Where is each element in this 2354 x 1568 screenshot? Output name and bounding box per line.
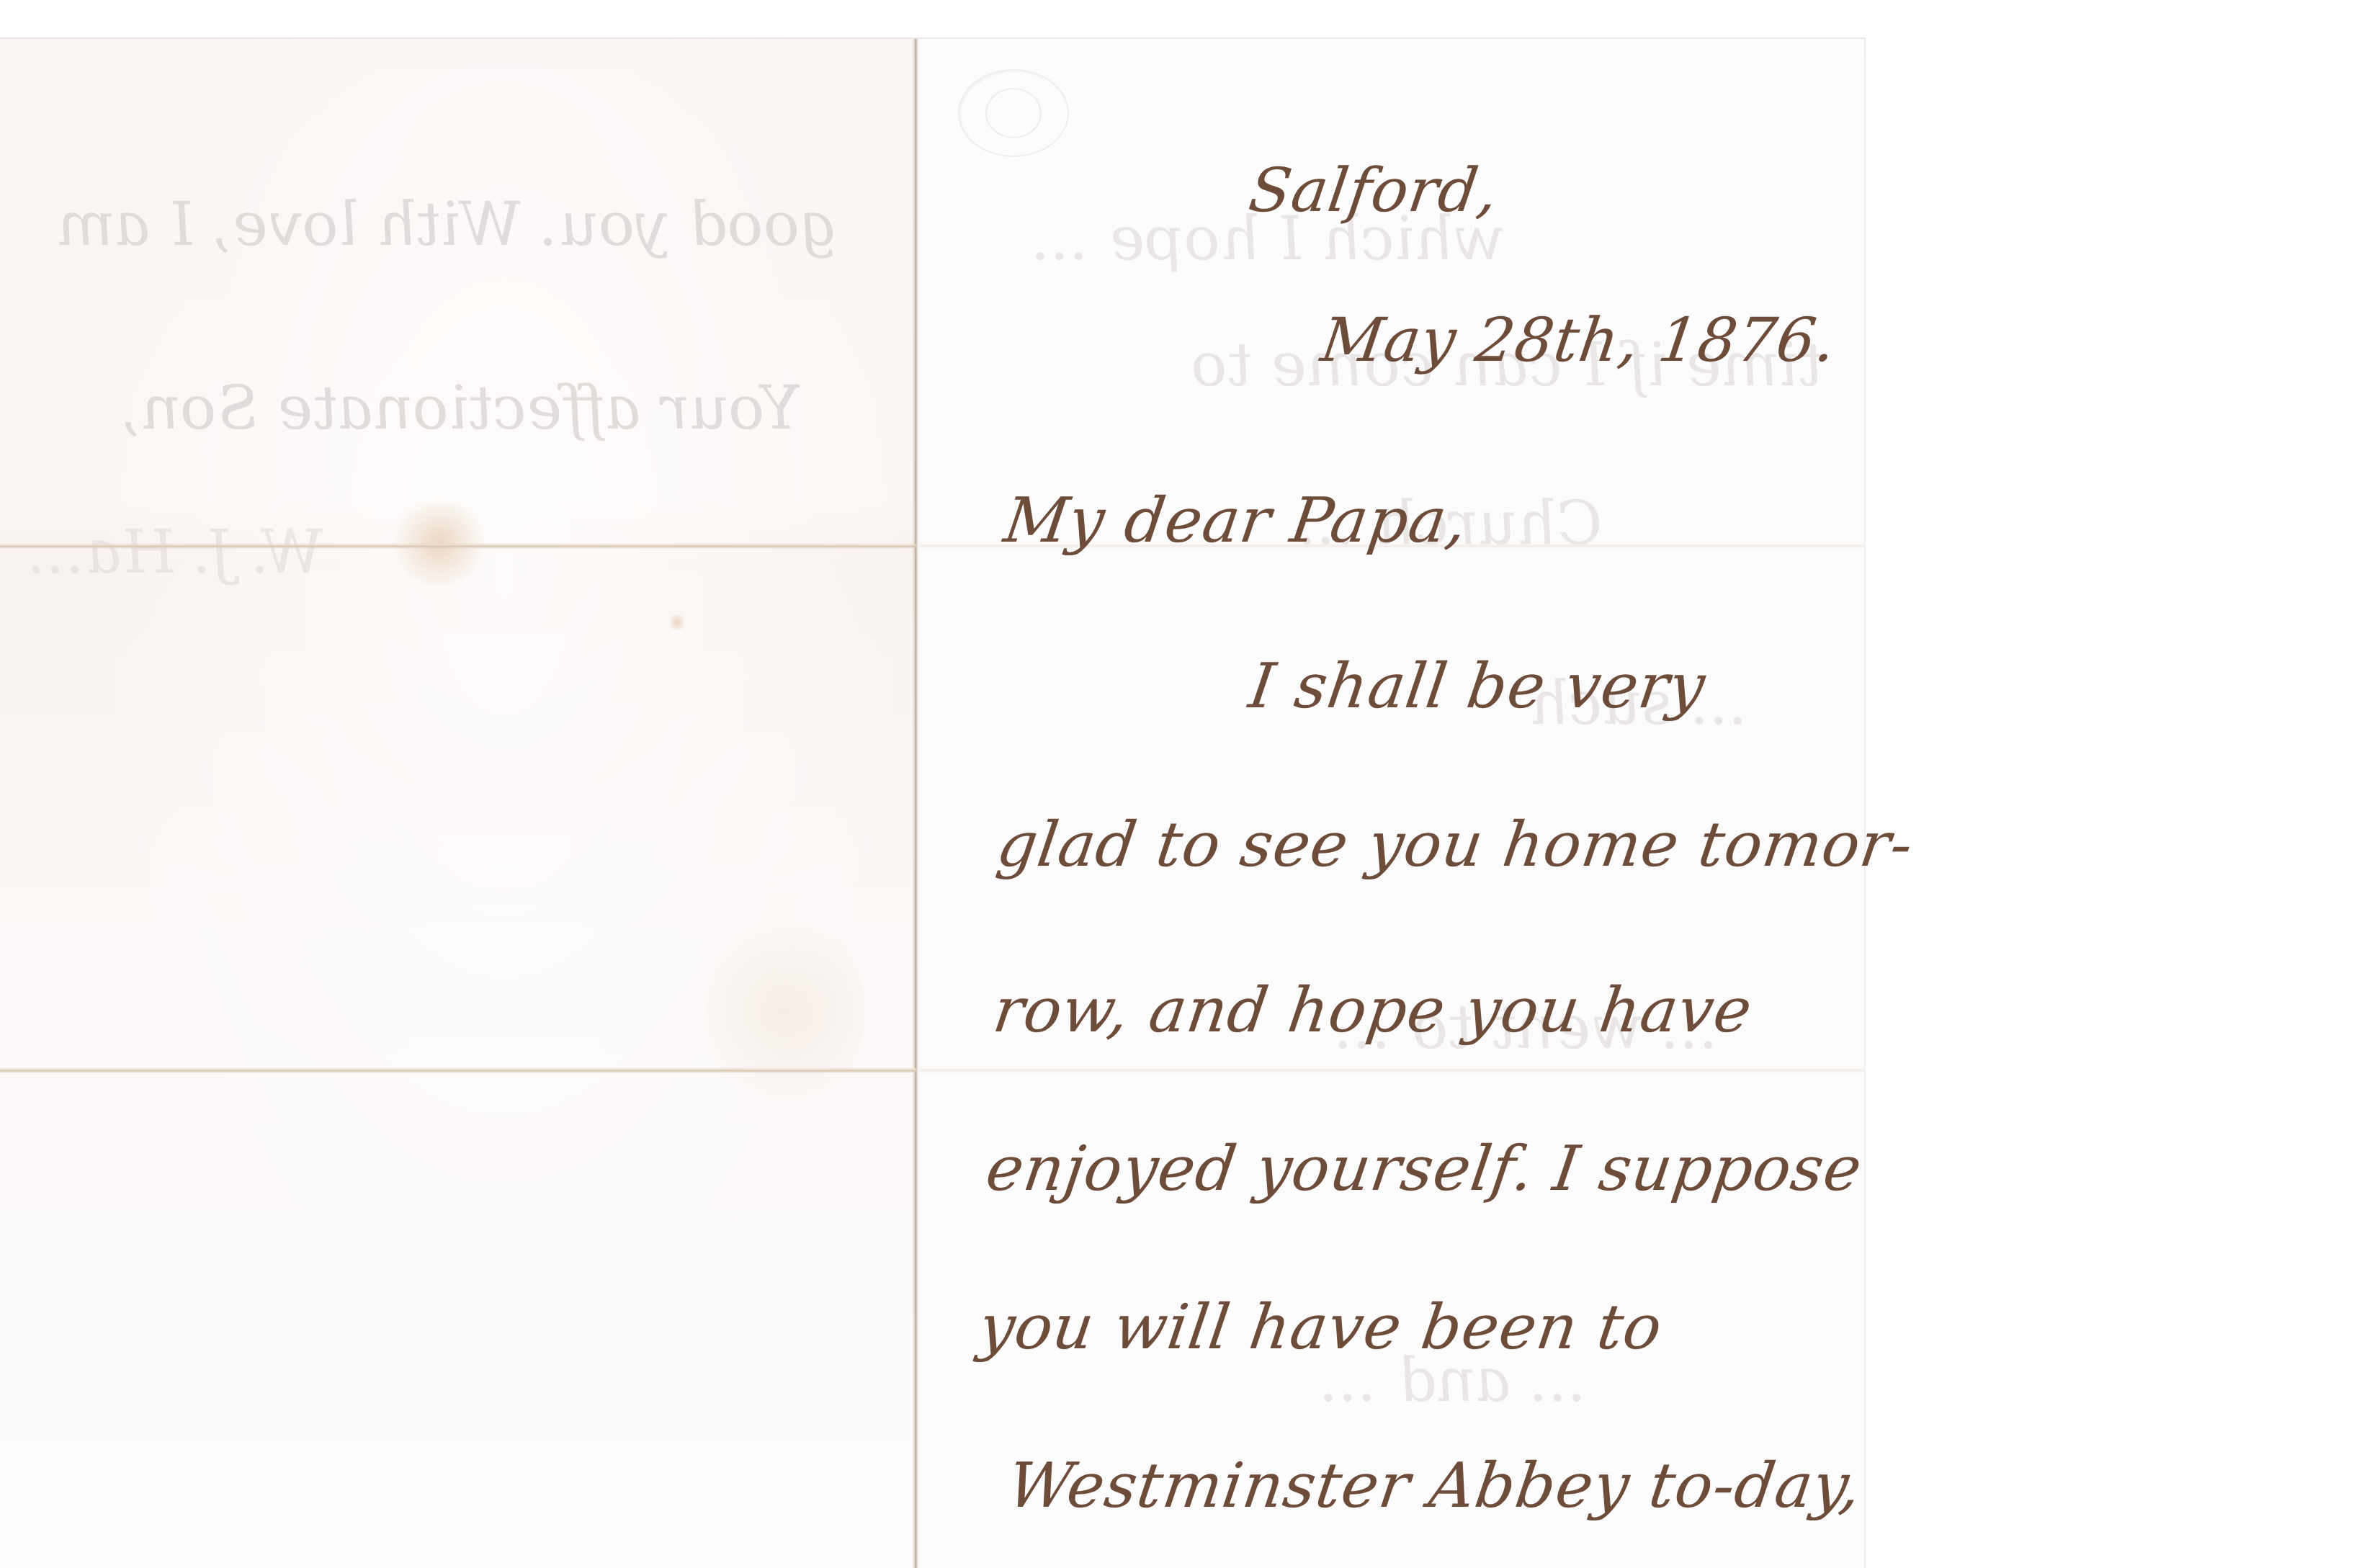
letter-body-line: you will have been to bbox=[975, 1296, 1666, 1358]
horizontal-fold-upper bbox=[0, 543, 916, 549]
letter-place: Salford, bbox=[1245, 160, 1503, 220]
horizontal-fold-lower bbox=[0, 1067, 916, 1073]
embossed-seal-center bbox=[985, 88, 1042, 138]
paper-stain bbox=[706, 903, 864, 1119]
horizontal-fold-lower-right bbox=[919, 1067, 1864, 1073]
letter-body-line: I shall be very bbox=[1245, 655, 1709, 717]
letter-body-line: Westminster Abbey to-day, bbox=[1004, 1455, 1866, 1517]
letter-salutation: My dear Papa, bbox=[1001, 490, 1472, 552]
left-page: good you. With love, I am Your affection… bbox=[0, 39, 916, 1568]
bleed-through-line: Your affectionate Son, bbox=[118, 377, 804, 438]
letter-body-line: enjoyed yourself. I suppose bbox=[983, 1138, 1866, 1200]
bleed-through-line: W. J. Ha... bbox=[24, 521, 328, 582]
embossed-seal-icon bbox=[958, 69, 1069, 157]
paper-stain bbox=[670, 611, 684, 633]
letter-body-line: glad to see you home tomor- bbox=[993, 814, 1917, 876]
center-fold bbox=[912, 39, 919, 1568]
letter-date: May 28th, 1876. bbox=[1317, 310, 1840, 370]
bleed-through-line: good you. With love, I am bbox=[53, 194, 843, 254]
letter-body-line: row, and hope you have bbox=[990, 980, 1756, 1041]
